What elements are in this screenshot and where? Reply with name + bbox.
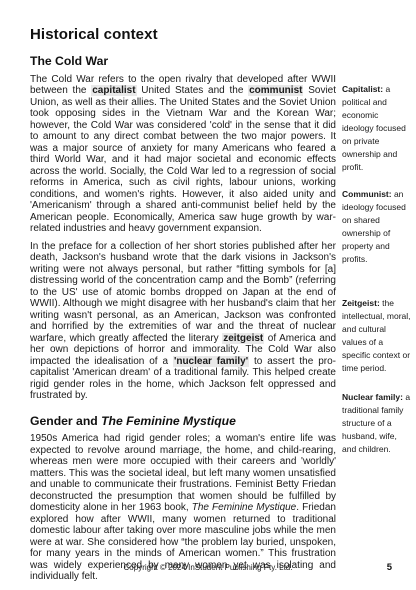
note-term-capitalist: Capitalist: bbox=[342, 84, 383, 94]
note-definition-communist: an ideology focused on shared ownership … bbox=[342, 189, 406, 264]
margin-note-capitalist: Capitalist: a political and economic ide… bbox=[342, 83, 412, 174]
page-footer: Copyright © 2024 InStudent Publishing Pt… bbox=[0, 563, 416, 579]
margin-note-zeitgeist: Zeitgeist: the intellectual, moral, and … bbox=[342, 297, 412, 375]
document-page: Historical context The Cold War The Cold… bbox=[0, 0, 416, 590]
note-term-zeitgeist: Zeitgeist: bbox=[342, 298, 380, 308]
copyright-text: Copyright © 2024 InStudent Publishing Pt… bbox=[0, 563, 416, 572]
cold-war-paragraph-2: In the preface for a collection of her s… bbox=[30, 241, 336, 402]
gender-paragraph-1: 1950s America had rigid gender roles; a … bbox=[30, 433, 336, 583]
cold-war-paragraph-1: The Cold War refers to the open rivalry … bbox=[30, 74, 336, 235]
section-heading-gender: Gender and The Feminine Mystique bbox=[30, 414, 336, 429]
section-heading-cold-war: The Cold War bbox=[30, 54, 336, 69]
page-title: Historical context bbox=[30, 26, 336, 44]
note-definition-zeitgeist: the intellectual, moral, and cultural va… bbox=[342, 298, 411, 373]
note-term-nuclear-family: Nuclear family: bbox=[342, 392, 403, 402]
main-content: Historical context The Cold War The Cold… bbox=[30, 26, 336, 589]
margin-note-communist: Communist: an ideology focused on shared… bbox=[342, 188, 412, 266]
note-definition-capitalist: a political and economic ideology focuse… bbox=[342, 84, 406, 172]
page-number: 5 bbox=[387, 562, 392, 573]
margin-note-nuclear-family: Nuclear family: a traditional family str… bbox=[342, 391, 412, 456]
note-term-communist: Communist: bbox=[342, 189, 392, 199]
